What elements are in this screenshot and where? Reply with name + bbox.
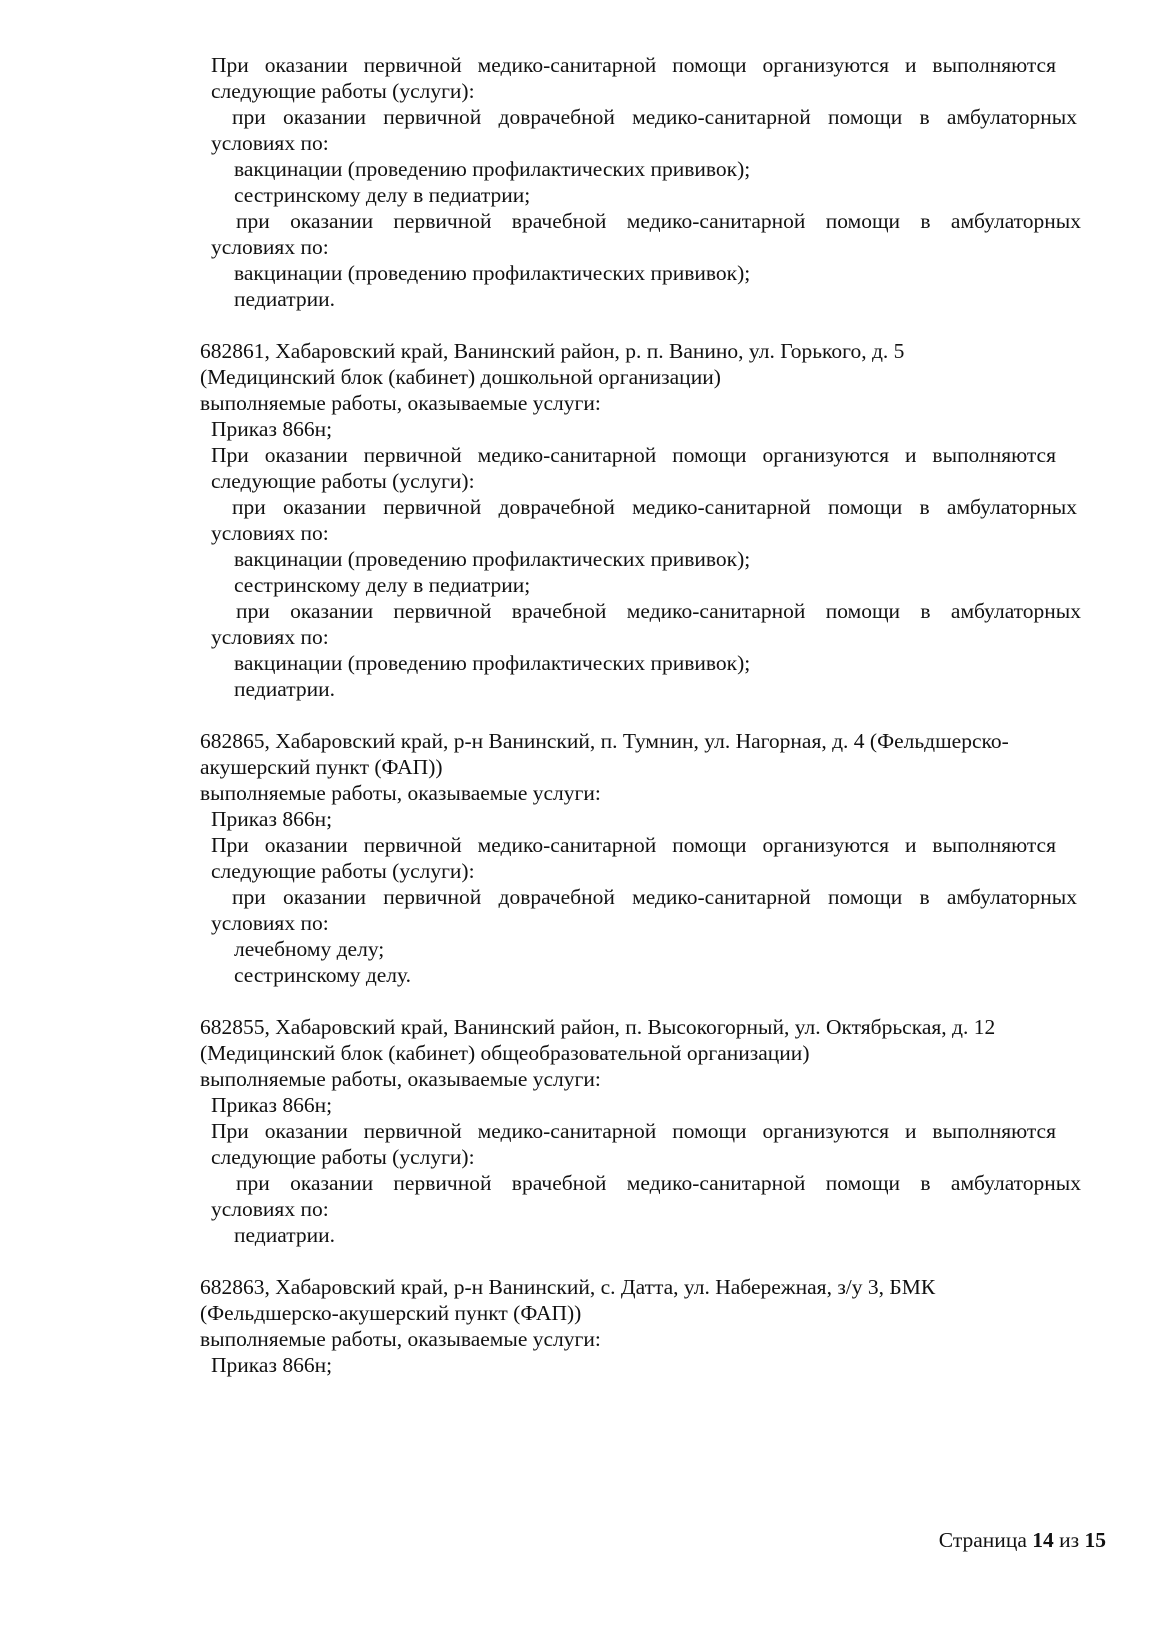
service-line: педиатрии. (200, 286, 1060, 312)
facility-address: акушерский пункт (ФАП)) (200, 754, 1060, 780)
facility-address: (Медицинский блок (кабинет) дошкольной о… (200, 364, 1060, 390)
current-page-number: 14 (1032, 1528, 1054, 1552)
service-line: лечебному делу; (200, 936, 1060, 962)
service-line: сестринскому делу в педиатрии; (200, 182, 1060, 208)
facility-block: 682865, Хабаровский край, р-н Ванинский,… (200, 728, 1060, 988)
total-pages-number: 15 (1085, 1528, 1107, 1552)
facility-block: 682863, Хабаровский край, р-н Ванинский,… (200, 1274, 1060, 1378)
service-line: При оказании первичной медико-санитарной… (200, 832, 1056, 858)
services-label: выполняемые работы, оказываемые услуги: (200, 1066, 1060, 1092)
service-line: При оказании первичной медико-санитарной… (200, 1118, 1056, 1144)
service-line: при оказании первичной доврачебной медик… (200, 494, 1077, 520)
service-line: при оказании первичной доврачебной медик… (200, 884, 1077, 910)
service-line: сестринскому делу в педиатрии; (200, 572, 1060, 598)
services-label: выполняемые работы, оказываемые услуги: (200, 390, 1060, 416)
service-line: вакцинации (проведению профилактических … (200, 546, 1060, 572)
facility-address: 682861, Хабаровский край, Ванинский райо… (200, 338, 1060, 364)
service-line: условиях по: (200, 234, 1060, 260)
services-label: выполняемые работы, оказываемые услуги: (200, 1326, 1060, 1352)
service-line: следующие работы (услуги): (200, 468, 1060, 494)
service-line: условиях по: (200, 1196, 1060, 1222)
service-line: Приказ 866н; (200, 1352, 1060, 1378)
of-label: из (1059, 1528, 1079, 1552)
service-line: следующие работы (услуги): (200, 78, 1060, 104)
service-line: при оказании первичной врачебной медико-… (200, 208, 1081, 234)
facility-block: 682855, Хабаровский край, Ванинский райо… (200, 1014, 1060, 1248)
service-line: следующие работы (услуги): (200, 1144, 1060, 1170)
continuation-section: При оказании первичной медико-санитарной… (200, 52, 1060, 312)
service-line: условиях по: (200, 624, 1060, 650)
service-line: Приказ 866н; (200, 416, 1060, 442)
facility-address: (Медицинский блок (кабинет) общеобразова… (200, 1040, 1060, 1066)
service-line: следующие работы (услуги): (200, 858, 1060, 884)
service-line: при оказании первичной врачебной медико-… (200, 598, 1081, 624)
service-line: При оказании первичной медико-санитарной… (200, 442, 1056, 468)
facility-address: 682865, Хабаровский край, р-н Ванинский,… (200, 728, 1060, 754)
service-line: условиях по: (200, 130, 1060, 156)
facility-address: (Фельдшерско-акушерский пункт (ФАП)) (200, 1300, 1060, 1326)
service-line: При оказании первичной медико-санитарной… (200, 52, 1056, 78)
service-line: условиях по: (200, 520, 1060, 546)
facility-address: 682863, Хабаровский край, р-н Ванинский,… (200, 1274, 1060, 1300)
facility-blocks: 682861, Хабаровский край, Ванинский райо… (200, 338, 1060, 1378)
facility-address: 682855, Хабаровский край, Ванинский райо… (200, 1014, 1060, 1040)
services-label: выполняемые работы, оказываемые услуги: (200, 780, 1060, 806)
service-line: педиатрии. (200, 1222, 1060, 1248)
service-line: вакцинации (проведению профилактических … (200, 260, 1060, 286)
service-line: сестринскому делу. (200, 962, 1060, 988)
service-line: при оказании первичной доврачебной медик… (200, 104, 1077, 130)
service-line: педиатрии. (200, 676, 1060, 702)
service-line: Приказ 866н; (200, 1092, 1060, 1118)
service-line: Приказ 866н; (200, 806, 1060, 832)
service-line: вакцинации (проведению профилактических … (200, 650, 1060, 676)
page-footer: Страница 14 из 15 (939, 1528, 1106, 1553)
service-line: при оказании первичной врачебной медико-… (200, 1170, 1081, 1196)
document-page: При оказании первичной медико-санитарной… (200, 52, 1060, 1378)
page-label: Страница (939, 1528, 1027, 1552)
service-line: вакцинации (проведению профилактических … (200, 156, 1060, 182)
service-line: условиях по: (200, 910, 1060, 936)
facility-block: 682861, Хабаровский край, Ванинский райо… (200, 338, 1060, 702)
